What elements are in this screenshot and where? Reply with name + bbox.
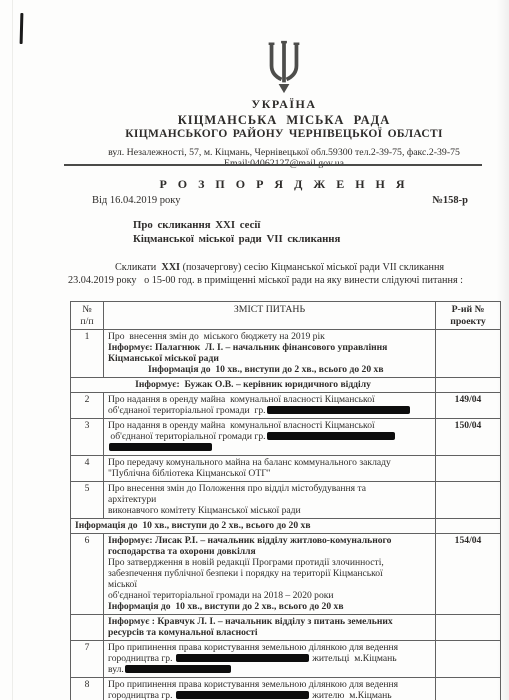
row-content-cell: Інформує : Кравчук Л. І. – начальник від…: [104, 615, 436, 641]
text-segment: жителю м.Кіцмань: [310, 690, 392, 700]
text-line: міської: [108, 579, 431, 590]
text-segment: об'єднаної територіальної громади на 201…: [108, 590, 334, 601]
row-number-cell: [71, 615, 104, 641]
text-segment: городництва гр.: [108, 690, 175, 700]
divider-line: [64, 164, 482, 166]
text-segment: об'єднаної територіальної громади гр.: [108, 431, 266, 442]
agenda-row: Інформує: Бужак О.В. – керівник юридично…: [71, 378, 501, 393]
row-content-cell: Про припинення права користування земель…: [104, 641, 436, 678]
text-line: об'єднаної територіальної громади на 201…: [108, 590, 431, 601]
text-segment: XXI: [161, 262, 180, 273]
agenda-row: 3Про надання в оренду майна комунальної …: [71, 419, 501, 456]
text-segment: вул.: [108, 664, 124, 675]
text-segment: Про надання в оренду майна комунальної в…: [108, 394, 375, 405]
column-header-project: Р-ий №проекту: [436, 302, 501, 330]
text-segment: Про затвердження в новій редакції Програ…: [108, 557, 384, 568]
text-segment: Про передачу комунального майна на балан…: [108, 457, 391, 468]
address-line: вул. Незалежності, 57, м. Кіцмань, Черні…: [66, 147, 502, 158]
agenda-row: Інформує : Кравчук Л. І. – начальник від…: [71, 615, 501, 641]
text-line: архітектури: [108, 494, 431, 505]
text-segment: Інформує: Палагнюк Л. І. – начальник фін…: [108, 342, 387, 353]
text-segment: жительці м.Кіцмань: [310, 653, 397, 664]
row-project-cell: 149/04: [436, 393, 501, 419]
text-line: Інформує: Палагнюк Л. І. – начальник фін…: [108, 342, 431, 353]
agenda-row: 1Про внесення змін до міського бюджету н…: [71, 330, 501, 378]
text-segment: Інформація до 10 хв., виступи до 2 хв., …: [148, 364, 384, 375]
text-segment: Про припинення права користування земель…: [108, 679, 398, 690]
text-line: Інформація до 10 хв., виступи до 2 хв., …: [75, 520, 431, 531]
text-line: об'єднаної територіальної громади гр.: [108, 405, 431, 416]
organization-name: КІЦМАНСЬКА МІСЬКА РАДА: [66, 113, 502, 128]
text-line: Про затвердження в новій редакції Програ…: [108, 557, 431, 568]
text-segment: Скликати: [115, 262, 161, 273]
text-segment: 23.04.2019 року о 15-00 год. в приміщенн…: [68, 275, 463, 286]
text-line: виконавчого комітету Кіцманської міської…: [108, 505, 431, 516]
text-line: ресурсів та комунальної власності: [108, 627, 431, 638]
text-line: вул.: [108, 664, 431, 675]
row-content-cell: Інформує: Бужак О.В. – керівник юридично…: [71, 378, 436, 393]
row-project-cell: [436, 330, 501, 378]
redaction-bar: [176, 691, 309, 699]
row-project-cell: [436, 678, 501, 700]
row-number-cell: 3: [71, 419, 104, 456]
agenda-header-row: №п/п ЗМІСТ ПИТАНЬ Р-ий №проекту: [71, 302, 501, 330]
row-content-cell: Про передачу комунального майна на балан…: [104, 456, 436, 482]
text-segment: виконавчого комітету Кіцманської міської…: [108, 505, 301, 516]
agenda-row: 6Інформує: Лисак Р.І. – начальник відділ…: [71, 534, 501, 615]
text-line: Про внесення змін до Положення про відді…: [108, 483, 431, 494]
document-type-heading: Р О З П О Р Я Д Ж Е Н Н Я: [66, 177, 502, 192]
text-line: городництва гр. жительці м.Кіцмань: [108, 653, 431, 664]
text-line: Про внесення змін до міського бюджету на…: [108, 331, 431, 342]
text-line: Про надання в оренду майна комунальної в…: [108, 420, 431, 431]
text-segment: Про внесення змін до міського бюджету на…: [108, 331, 325, 342]
text-line: "Публічна бібліотека Кіцманської ОТГ": [108, 468, 431, 479]
text-line: городництва гр. жителю м.Кіцмань: [108, 690, 431, 700]
text-segment: Інформація до 10 хв., виступи до 2 хв., …: [108, 601, 344, 612]
row-number-cell: 8: [71, 678, 104, 700]
text-line: Про припинення права користування земель…: [108, 642, 431, 653]
row-project-cell: 154/04: [436, 534, 501, 615]
row-project-cell: [436, 456, 501, 482]
text-line: Кіцманської міської ради: [108, 353, 431, 364]
row-content-cell: Інформує: Лисак Р.І. – начальник відділу…: [104, 534, 436, 615]
redaction-bar: [109, 443, 212, 451]
document-title: Про скликання XXI сесії Кіцманської місь…: [133, 219, 340, 246]
text-line: Про передачу комунального майна на балан…: [108, 457, 431, 468]
text-segment: Інформує : Кравчук Л. І. – начальник від…: [108, 616, 393, 627]
row-number-cell: 6: [71, 534, 104, 615]
text-line: господарства та охорони довкілля: [108, 546, 431, 557]
ukraine-trident-emblem: [263, 40, 305, 94]
agenda-table: №п/п ЗМІСТ ПИТАНЬ Р-ий №проекту 1Про вне…: [70, 301, 501, 700]
country-name: УКРАЇНА: [66, 97, 502, 112]
row-number-cell: 4: [71, 456, 104, 482]
row-content-cell: Про надання в оренду майна комунальної в…: [104, 419, 436, 456]
text-segment: господарства та охорони довкілля: [108, 546, 256, 557]
text-line: Інформація до 10 хв., виступи до 2 хв., …: [108, 601, 431, 612]
agenda-row: 4Про передачу комунального майна на бала…: [71, 456, 501, 482]
row-project-cell: 150/04: [436, 419, 501, 456]
redaction-bar: [267, 432, 395, 440]
column-header-content: ЗМІСТ ПИТАНЬ: [104, 302, 436, 330]
column-header-number: №п/п: [71, 302, 104, 330]
row-number-cell: 5: [71, 482, 104, 519]
agenda-row: 5Про внесення змін до Положення про відд…: [71, 482, 501, 519]
text-segment: Інформує: Лисак Р.І. – начальник відділу…: [108, 535, 391, 546]
row-project-cell: [436, 378, 501, 393]
text-line: Інформує: Бужак О.В. – керівник юридично…: [75, 379, 431, 390]
title-line-1: Про скликання XXI сесії: [133, 219, 340, 233]
text-line: об'єднаної територіальної громади гр.: [108, 431, 431, 442]
text-line: Інформація до 10 хв., виступи до 2 хв., …: [108, 364, 431, 375]
text-segment: забезпечення публічної безпеки і порядку…: [108, 568, 383, 579]
text-segment: ресурсів та комунальної власності: [108, 627, 258, 638]
text-line: 23.04.2019 року о 15-00 год. в приміщенн…: [68, 275, 498, 288]
row-content-cell: Інформація до 10 хв., виступи до 2 хв., …: [71, 519, 436, 534]
row-number-cell: 1: [71, 330, 104, 378]
text-segment: міської: [108, 579, 137, 590]
text-segment: "Публічна бібліотека Кіцманської ОТГ": [108, 468, 271, 479]
text-segment: Інформує: Бужак О.В. – керівник юридично…: [135, 379, 371, 390]
text-segment: Про внесення змін до Положення про відді…: [108, 483, 366, 494]
text-line: Інформує: Лисак Р.І. – начальник відділу…: [108, 535, 431, 546]
text-line: Про припинення права користування земель…: [108, 679, 431, 690]
text-line: Скликати XXI (позачергову) сесію Кіцманс…: [68, 262, 498, 275]
redaction-bar: [125, 665, 231, 673]
intro-paragraph: Скликати XXI (позачергову) сесію Кіцманс…: [68, 262, 498, 288]
row-content-cell: Про надання в оренду майна комунальної в…: [104, 393, 436, 419]
text-segment: (позачергову) сесію Кіцманської міської …: [180, 262, 444, 273]
text-segment: Інформація до 10 хв., виступи до 2 хв., …: [75, 520, 311, 531]
row-project-cell: [436, 482, 501, 519]
text-segment: Про надання в оренду майна комунальної в…: [108, 420, 375, 431]
agenda-row: 2Про надання в оренду майна комунальної …: [71, 393, 501, 419]
text-segment: городництва гр.: [108, 653, 175, 664]
row-content-cell: Про припинення права користування земель…: [104, 678, 436, 700]
scan-edge-line: [12, 0, 13, 700]
title-line-2: Кіцманської міської ради VII скликання: [133, 233, 340, 247]
text-line: Про надання в оренду майна комунальної в…: [108, 394, 431, 405]
agenda-row: 7Про припинення права користування земел…: [71, 641, 501, 678]
row-content-cell: Про внесення змін до міського бюджету на…: [104, 330, 436, 378]
organization-region: КІЦМАНСЬКОГО РАЙОНУ ЧЕРНІВЕЦЬКОЇ ОБЛАСТІ: [66, 128, 502, 140]
row-number-cell: 2: [71, 393, 104, 419]
text-segment: об'єднаної територіальної громади гр.: [108, 405, 266, 416]
text-segment: архітектури: [108, 494, 156, 505]
row-project-cell: [436, 641, 501, 678]
scanned-document-page: УКРАЇНА КІЦМАНСЬКА МІСЬКА РАДА КІЦМАНСЬК…: [0, 0, 509, 700]
row-project-cell: [436, 615, 501, 641]
row-project-cell: [436, 519, 501, 534]
document-date: Від 16.04.2019 року: [92, 195, 180, 206]
redaction-bar: [267, 406, 410, 414]
agenda-row: Інформація до 10 хв., виступи до 2 хв., …: [71, 519, 501, 534]
document-number: №158-р: [432, 195, 468, 206]
text-line: Інформує : Кравчук Л. І. – начальник від…: [108, 616, 431, 627]
row-content-cell: Про внесення змін до Положення про відді…: [104, 482, 436, 519]
date-number-row: №158-р Від 16.04.2019 року: [92, 195, 468, 206]
text-segment: Про припинення права користування земель…: [108, 642, 398, 653]
text-segment: Кіцманської міської ради: [108, 353, 219, 364]
redaction-bar: [176, 654, 309, 662]
letterhead: УКРАЇНА КІЦМАНСЬКА МІСЬКА РАДА КІЦМАНСЬК…: [66, 40, 502, 169]
row-number-cell: 7: [71, 641, 104, 678]
scan-artifact-mark: [20, 13, 24, 44]
text-line: забезпечення публічної безпеки і порядку…: [108, 568, 431, 579]
text-line: [108, 442, 431, 453]
agenda-row: 8Про припинення права користування земел…: [71, 678, 501, 700]
